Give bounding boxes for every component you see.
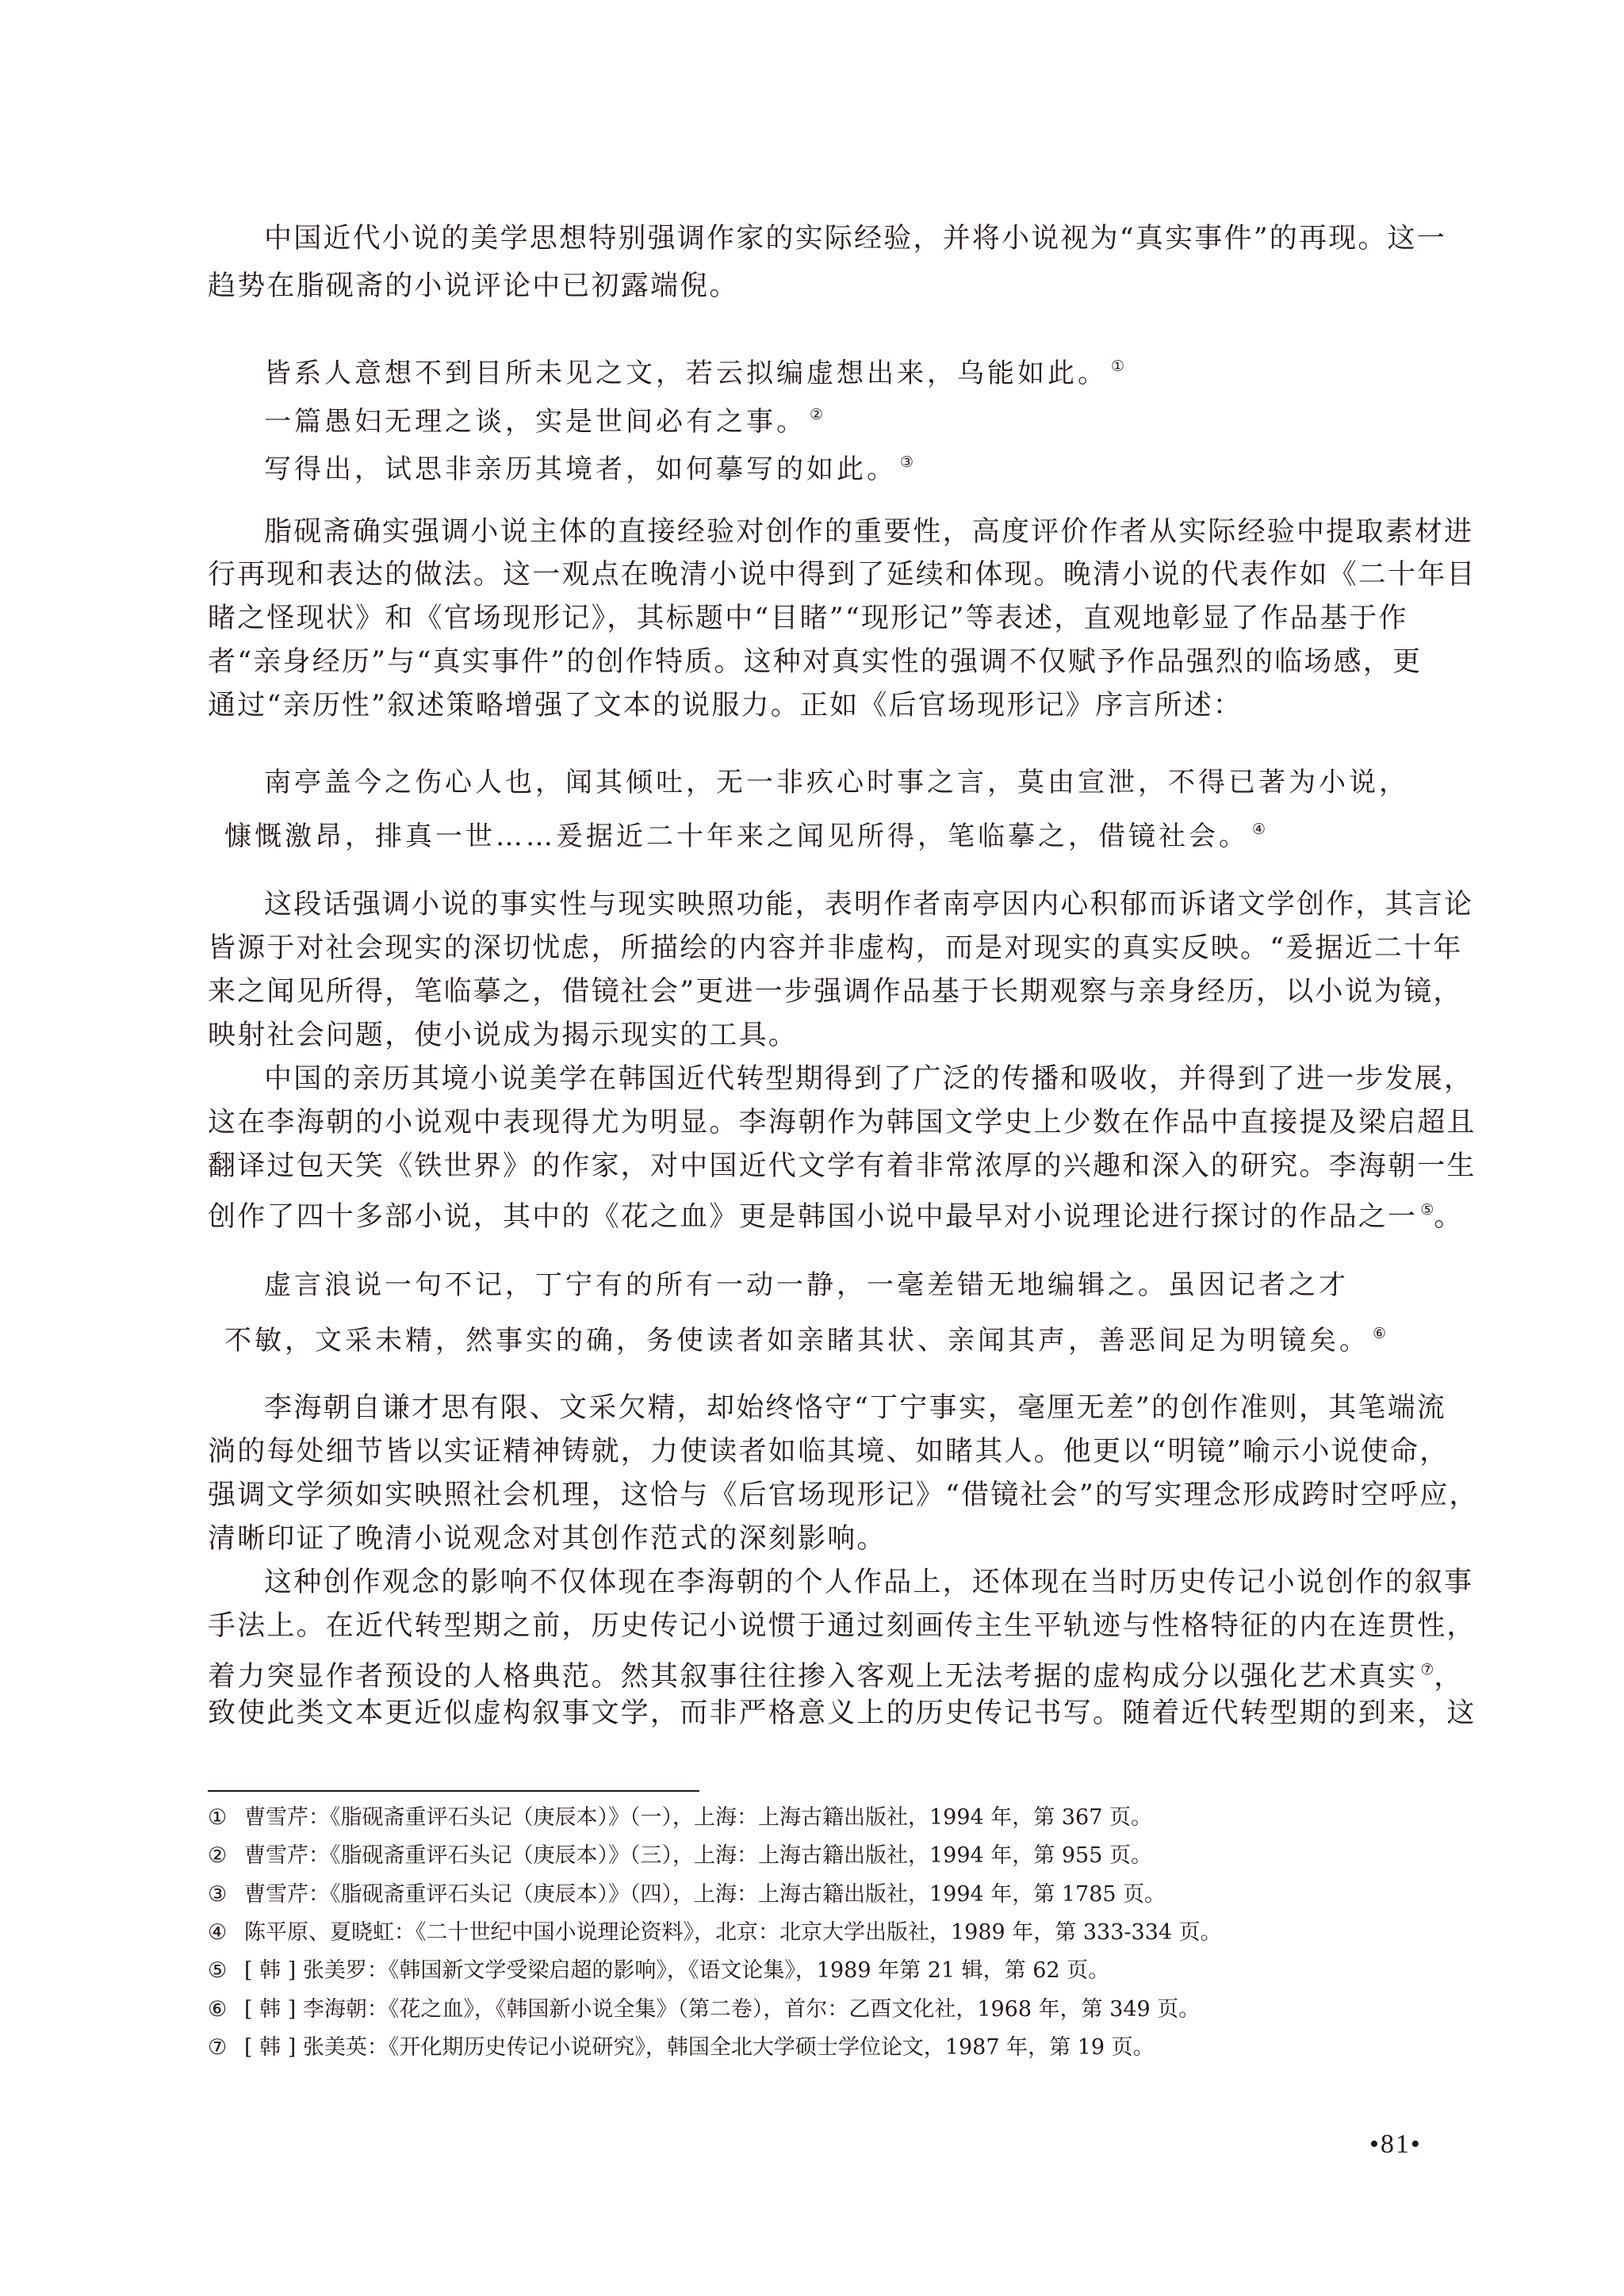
text-line: 李海朝自谦才思有限、文采欠精，却始终恪守“丁宁事实，毫厘无差”的创作准则，其笔端… (264, 1392, 1446, 1424)
line-tail: ， (1434, 1661, 1463, 1693)
text-line: 睹之怪现状》和《官场现形记》，其标题中“目睹”“现形记”等表述，直观地彰显了作品… (208, 603, 1408, 634)
text-line: 翻译过包天笑《铁世界》的作家，对中国近代文学有着非常浓厚的兴趣和深入的研究。李海… (208, 1150, 1477, 1182)
text-line: 中国近代小说的美学思想特别强调作家的实际经验，并将小说视为“真实事件”的再现。这… (264, 223, 1446, 254)
text-line: 创作了四十多部小说，其中的《花之血》更是韩国小说中最早对小说理论进行探讨的作品之… (208, 1194, 1463, 1233)
footnote-mark: ⑦ (208, 2034, 244, 2061)
text-line: 清晰印证了晚清小说观念对其创作范式的深刻影响。 (208, 1523, 887, 1555)
footnote-item: ⑥[ 韩 ] 李海朝：《花之血》，《韩国新小说全集》（第二卷），首尔：乙酉文化社… (208, 1996, 1200, 2023)
text-line: 这在李海朝的小说观中表现得尤为明显。李海朝作为韩国文学史上少数在作品中直接提及梁… (208, 1107, 1477, 1138)
footnote-text: [ 韩 ] 张美英：《开化期历史传记小说研究》，韩国全北大学硕士学位论文，198… (244, 2035, 1155, 2060)
footnote-mark: ④ (208, 1919, 244, 1946)
text-line: 映射社会问题，使小说成为揭示现实的工具。 (208, 1020, 798, 1051)
text-line: 通过“亲历性”叙述策略增强了文本的说服力。正如《后官场现形记》序言所述： (208, 690, 1243, 721)
footnote-item: ①曹雪芹：《脂砚斋重评石头记（庚辰本）》（一），上海：上海古籍出版社，1994 … (208, 1804, 1152, 1831)
text-line: 行再现和表达的做法。这一观点在晚清小说中得到了延续和体现。晚清小说的代表作如《二… (208, 559, 1477, 591)
quote-text: 写得出，试思非亲历其境者，如何摹写的如此。 (264, 453, 897, 485)
line-text: 创作了四十多部小说，其中的《花之血》更是韩国小说中最早对小说理论进行探讨的作品之… (208, 1201, 1417, 1233)
footnote-mark: ③ (208, 1881, 244, 1908)
document-page: 中国近代小说的美学思想特别强调作家的实际经验，并将小说视为“真实事件”的再现。这… (0, 0, 1624, 2296)
footnote-ref[interactable]: ④ (1252, 821, 1266, 838)
quote-line: 写得出，试思非亲历其境者，如何摹写的如此。③ (264, 446, 913, 485)
quote-text: 一篇愚妇无理之谈，实是世间必有之事。 (264, 406, 806, 438)
text-line: 强调文学须如实映照社会机理，这恰与《后官场现形记》“借镜社会”的写实理念形成跨时… (208, 1479, 1479, 1511)
footnote-ref[interactable]: ⑦ (1420, 1661, 1434, 1678)
text-line: 这段话强调小说的事实性与现实映照功能，表明作者南亭因内心积郁而诉诸文学创作，其言… (264, 889, 1473, 920)
quote-text: 慷慨激昂，排真一世……爰据近二十年来之闻见所得，笔临摹之，借镜社会。 (224, 821, 1249, 852)
footnote-ref[interactable]: ⑥ (1373, 1325, 1386, 1342)
quote-line: 不敏，文采未精，然事实的确，务使读者如亲睹其状、亲闻其声，善恶间足为明镜矣。⑥ (224, 1318, 1386, 1357)
footnote-text: [ 韩 ] 李海朝：《花之血》，《韩国新小说全集》（第二卷），首尔：乙酉文化社，… (244, 1997, 1200, 2022)
footnote-ref[interactable]: ② (810, 406, 823, 423)
text-line: 者“亲身经历”与“真实事件”的创作特质。这种对真实性的强调不仅赋予作品强烈的临场… (208, 646, 1422, 678)
text-line: 致使此类文本更近似虚构叙事文学，而非严格意义上的历史传记书写。随着近代转型期的到… (208, 1697, 1477, 1729)
footnote-mark: ① (208, 1804, 244, 1831)
text-line: 来之闻见所得，笔临摹之，借镜社会”更进一步强调作品基于长期观察与亲身经历，以小说… (208, 976, 1463, 1008)
quote-line: 虚言浪说一句不记，丁宁有的所有一动一静，一毫差错无地编辑之。虽因记者之才 (264, 1269, 1349, 1301)
line-tail: 。 (1434, 1201, 1463, 1233)
footnote-ref[interactable]: ⑤ (1420, 1201, 1434, 1219)
footnote-ref[interactable]: ③ (900, 453, 913, 471)
footnote-text: 曹雪芹：《脂砚斋重评石头记（庚辰本）》（四），上海：上海古籍出版社，1994 年… (244, 1882, 1166, 1907)
text-line: 皆源于对社会现实的深切忧虑，所描绘的内容并非虚构，而是对现实的真实反映。“爰据近… (208, 932, 1463, 964)
footnote-item: ③曹雪芹：《脂砚斋重评石头记（庚辰本）》（四），上海：上海古籍出版社，1994 … (208, 1881, 1166, 1908)
quote-line: 南亭盖今之伤心人也，闻其倾吐，无一非疚心时事之言，莫由宣泄，不得已著为小说， (264, 767, 1409, 798)
quote-text: 虚言浪说一句不记，丁宁有的所有一动一静，一毫差错无地编辑之。虽因记者之才 (264, 1269, 1349, 1301)
footnote-item: ⑤[ 韩 ] 张美罗：《韩国新文学受梁启超的影响》，《语文论集》，1989 年第… (208, 1957, 1109, 1984)
footnote-item: ⑦[ 韩 ] 张美英：《开化期历史传记小说研究》，韩国全北大学硕士学位论文，19… (208, 2034, 1155, 2061)
text-line: 手法上。在近代转型期之前，历史传记小说惯于通过刻画传主生平轨迹与性格特征的内在连… (208, 1610, 1477, 1642)
footnote-text: [ 韩 ] 张美罗：《韩国新文学受梁启超的影响》，《语文论集》，1989 年第 … (244, 1958, 1109, 1983)
footnote-mark: ⑥ (208, 1996, 244, 2023)
footnote-text: 陈平原、夏晓虹：《二十世纪中国小说理论资料》，北京：北京大学出版社，1989 年… (244, 1920, 1222, 1945)
text-line: 趋势在脂砚斋的小说评论中已初露端倪。 (208, 270, 739, 302)
quote-text: 不敏，文采未精，然事实的确，务使读者如亲睹其状、亲闻其声，善恶间足为明镜矣。 (224, 1325, 1369, 1357)
text-line: 着力突显作者预设的人格典范。然其叙事往往掺入客观上无法考据的虚构成分以强化艺术真… (208, 1654, 1463, 1693)
quote-text: 南亭盖今之伤心人也，闻其倾吐，无一非疚心时事之言，莫由宣泄，不得已著为小说， (264, 767, 1409, 798)
text-line: 这种创作观念的影响不仅体现在李海朝的个人作品上，还体现在当时历史传记小说创作的叙… (264, 1567, 1473, 1598)
footnote-item: ④陈平原、夏晓虹：《二十世纪中国小说理论资料》，北京：北京大学出版社，1989 … (208, 1919, 1222, 1946)
text-line: 中国的亲历其境小说美学在韩国近代转型期得到了广泛的传播和吸收，并得到了进一步发展… (264, 1063, 1473, 1095)
footnote-text: 曹雪芹：《脂砚斋重评石头记（庚辰本）》（三），上海：上海古籍出版社，1994 年… (244, 1843, 1152, 1868)
quote-line: 一篇愚妇无理之谈，实是世间必有之事。② (264, 399, 823, 438)
quote-line: 慷慨激昂，排真一世……爰据近二十年来之闻见所得，笔临摹之，借镜社会。④ (224, 813, 1266, 852)
page-number: •81• (1369, 2130, 1422, 2160)
quote-line: 皆系人意想不到目所未见之文，若云拟编虚想出来，乌能如此。① (264, 350, 1124, 389)
footnote-mark: ⑤ (208, 1957, 244, 1984)
footnote-text: 曹雪芹：《脂砚斋重评石头记（庚辰本）》（一），上海：上海古籍出版社，1994 年… (244, 1805, 1152, 1830)
text-line: 淌的每处细节皆以实证精神铸就，力使读者如临其境、如睹其人。他更以“明镜”喻示小说… (208, 1436, 1449, 1468)
footnote-mark: ② (208, 1843, 244, 1869)
footnote-ref[interactable]: ① (1111, 358, 1124, 375)
text-line: 脂砚斋确实强调小说主体的直接经验对创作的重要性，高度评价作者从实际经验中提取素材… (264, 516, 1473, 548)
quote-text: 皆系人意想不到目所未见之文，若云拟编虚想出来，乌能如此。 (264, 358, 1108, 389)
footnote-divider (208, 1790, 699, 1792)
line-text: 着力突显作者预设的人格典范。然其叙事往往掺入客观上无法考据的虚构成分以强化艺术真… (208, 1661, 1417, 1693)
footnote-item: ②曹雪芹：《脂砚斋重评石头记（庚辰本）》（三），上海：上海古籍出版社，1994 … (208, 1843, 1152, 1869)
